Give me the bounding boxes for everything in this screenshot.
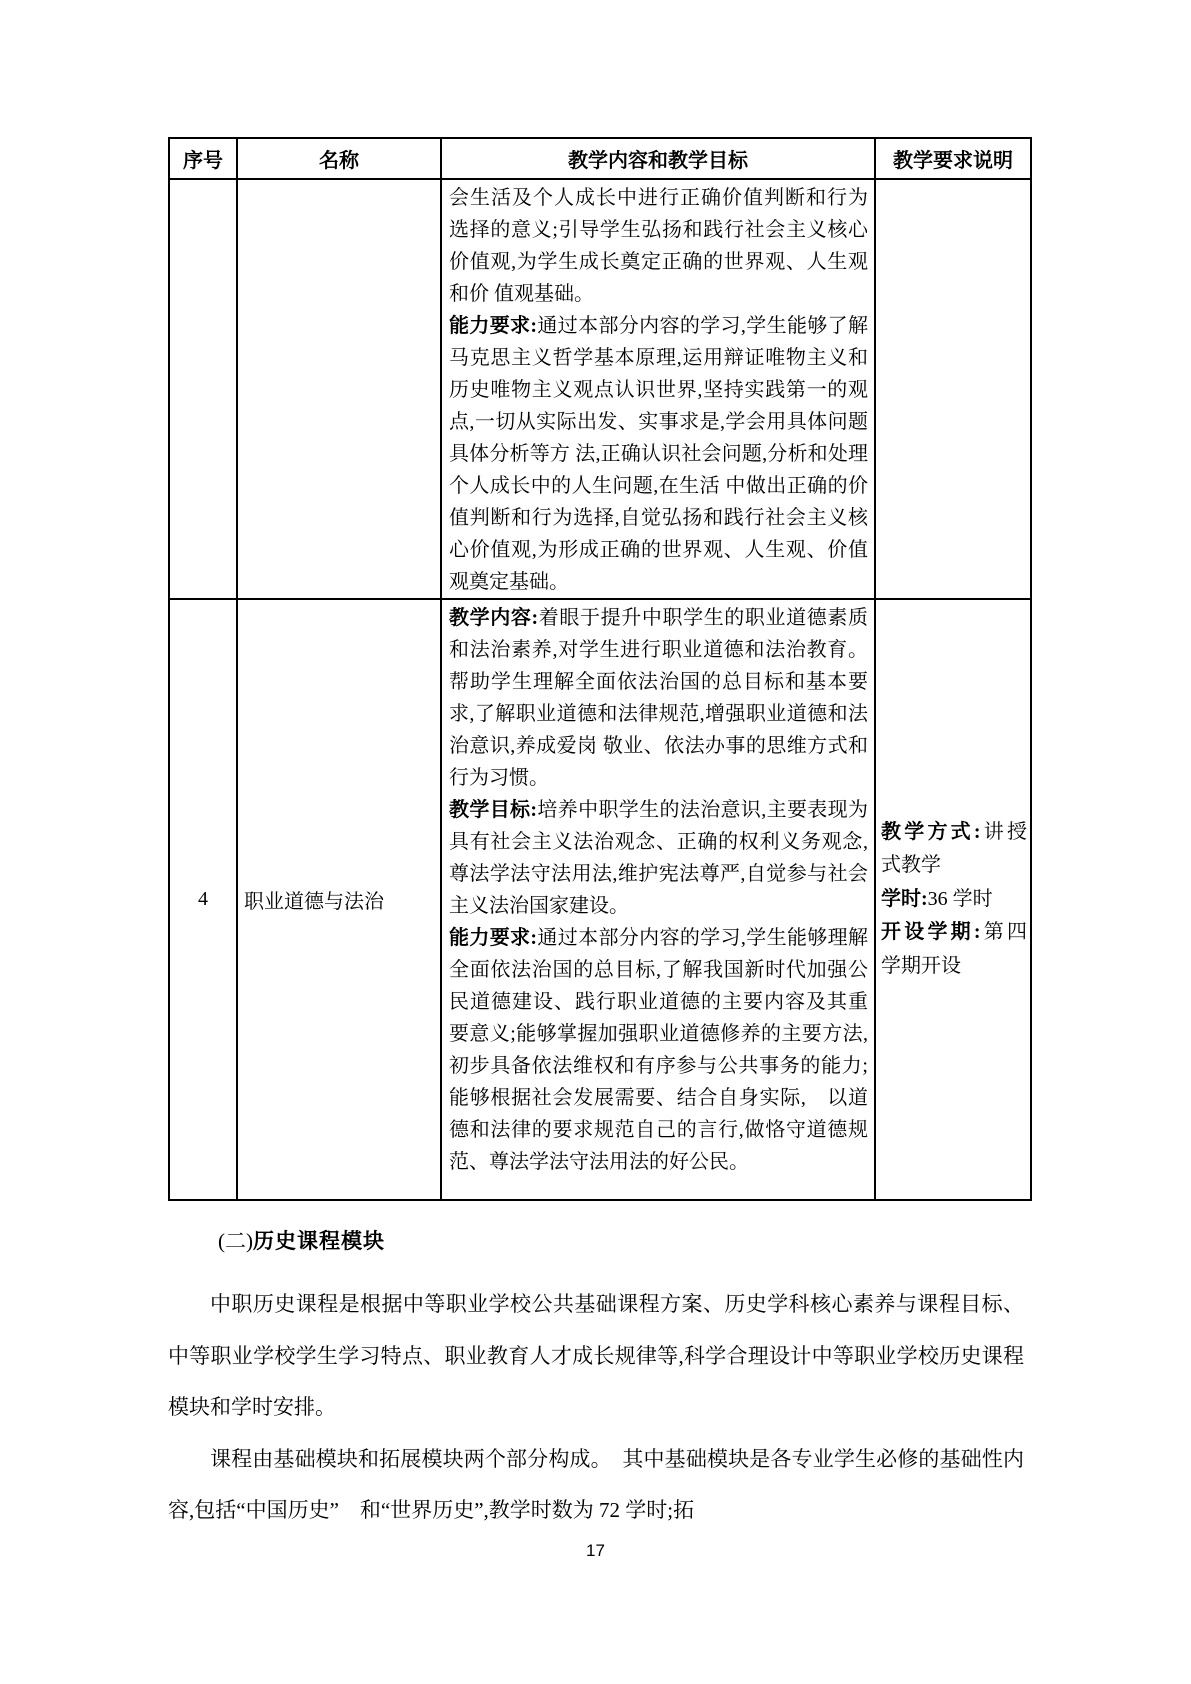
seq-cell: 4 bbox=[169, 599, 237, 1200]
requirements-cell bbox=[875, 179, 1031, 599]
page-number: 17 bbox=[0, 1541, 1191, 1561]
ability-label: 能力要求: bbox=[449, 315, 537, 337]
heading-title: 历史课程模块 bbox=[253, 1230, 385, 1253]
heading-number-prefix: (二) bbox=[218, 1229, 253, 1253]
table-row: 4 职业道德与法治 教学内容:着眼于提升中职学生的职业道德素质和法治素养,对学生… bbox=[169, 599, 1031, 1200]
header-requirements: 教学要求说明 bbox=[875, 138, 1031, 179]
header-seq: 序号 bbox=[169, 138, 237, 179]
header-content: 教学内容和教学目标 bbox=[441, 138, 875, 179]
content-paragraph: 能力要求:通过本部分内容的学习,学生能够理解全面依法治国的总目标,了解我国新时代… bbox=[449, 922, 868, 1178]
document-page: 序号 名称 教学内容和教学目标 教学要求说明 会生活及个人成长中进行正确价值判断… bbox=[0, 0, 1191, 1684]
content-paragraph: 会生活及个人成长中进行正确价值判断和行为选择的意义;引导学生弘扬和践行社会主义核… bbox=[449, 182, 868, 310]
requirement-text: 36 学时 bbox=[928, 888, 993, 910]
content-paragraph: 教学目标:培养中职学生的法治意识,主要表现为具有社会主义法治观念、正确的权利义务… bbox=[449, 794, 868, 922]
requirement-item: 开设学期:第四学期开设 bbox=[881, 916, 1027, 983]
header-name: 名称 bbox=[237, 138, 441, 179]
class-hours-label: 学时: bbox=[881, 888, 928, 910]
content-cell: 教学内容:着眼于提升中职学生的职业道德素质和法治素养,对学生进行职业道德和法治教… bbox=[441, 599, 875, 1200]
teaching-content-label: 教学内容: bbox=[449, 607, 538, 629]
section-heading: (二)历史课程模块 bbox=[168, 1226, 1024, 1257]
body-paragraph: 中职历史课程是根据中等职业学校公共基础课程方案、历史学科核心素养与课程目标、中等… bbox=[168, 1279, 1024, 1434]
content-paragraph: 教学内容:着眼于提升中职学生的职业道德素质和法治素养,对学生进行职业道德和法治教… bbox=[449, 602, 868, 794]
content-text: 会生活及个人成长中进行正确价值判断和行为选择的意义;引导学生弘扬和践行社会主义核… bbox=[449, 187, 868, 305]
teaching-goal-label: 教学目标: bbox=[449, 799, 537, 821]
requirements-cell: 教学方式:讲授式教学 学时:36 学时 开设学期:第四学期开设 bbox=[875, 599, 1031, 1200]
content-text: 着眼于提升中职学生的职业道德素质和法治素养,对学生进行职业道德和法治教育。帮助学… bbox=[449, 607, 868, 789]
teaching-method-label: 教学方式: bbox=[881, 821, 981, 843]
requirement-item: 学时:36 学时 bbox=[881, 883, 1027, 917]
ability-label: 能力要求: bbox=[449, 927, 537, 949]
table-row: 会生活及个人成长中进行正确价值判断和行为选择的意义;引导学生弘扬和践行社会主义核… bbox=[169, 179, 1031, 599]
seq-cell bbox=[169, 179, 237, 599]
content-paragraph: 能力要求:通过本部分内容的学习,学生能够了解马克思主义哲学基本原理,运用辩证唯物… bbox=[449, 310, 868, 598]
name-cell bbox=[237, 179, 441, 599]
name-cell: 职业道德与法治 bbox=[237, 599, 441, 1200]
content-text: 通过本部分内容的学习,学生能够理解全面依法治国的总目标,了解我国新时代加强公民道… bbox=[449, 927, 868, 1173]
semester-label: 开设学期: bbox=[881, 921, 981, 943]
body-paragraph: 课程由基础模块和拓展模块两个部分构成。 其中基础模块是各专业学生必修的基础性内容… bbox=[168, 1434, 1024, 1537]
content-cell: 会生活及个人成长中进行正确价值判断和行为选择的意义;引导学生弘扬和践行社会主义核… bbox=[441, 179, 875, 599]
table-header-row: 序号 名称 教学内容和教学目标 教学要求说明 bbox=[169, 138, 1031, 179]
content-text: 通过本部分内容的学习,学生能够了解马克思主义哲学基本原理,运用辩证唯物主义和历史… bbox=[449, 315, 868, 593]
history-module-section: (二)历史课程模块 中职历史课程是根据中等职业学校公共基础课程方案、历史学科核心… bbox=[168, 1226, 1024, 1537]
course-table: 序号 名称 教学内容和教学目标 教学要求说明 会生活及个人成长中进行正确价值判断… bbox=[168, 137, 1032, 1201]
requirement-item: 教学方式:讲授式教学 bbox=[881, 816, 1027, 883]
